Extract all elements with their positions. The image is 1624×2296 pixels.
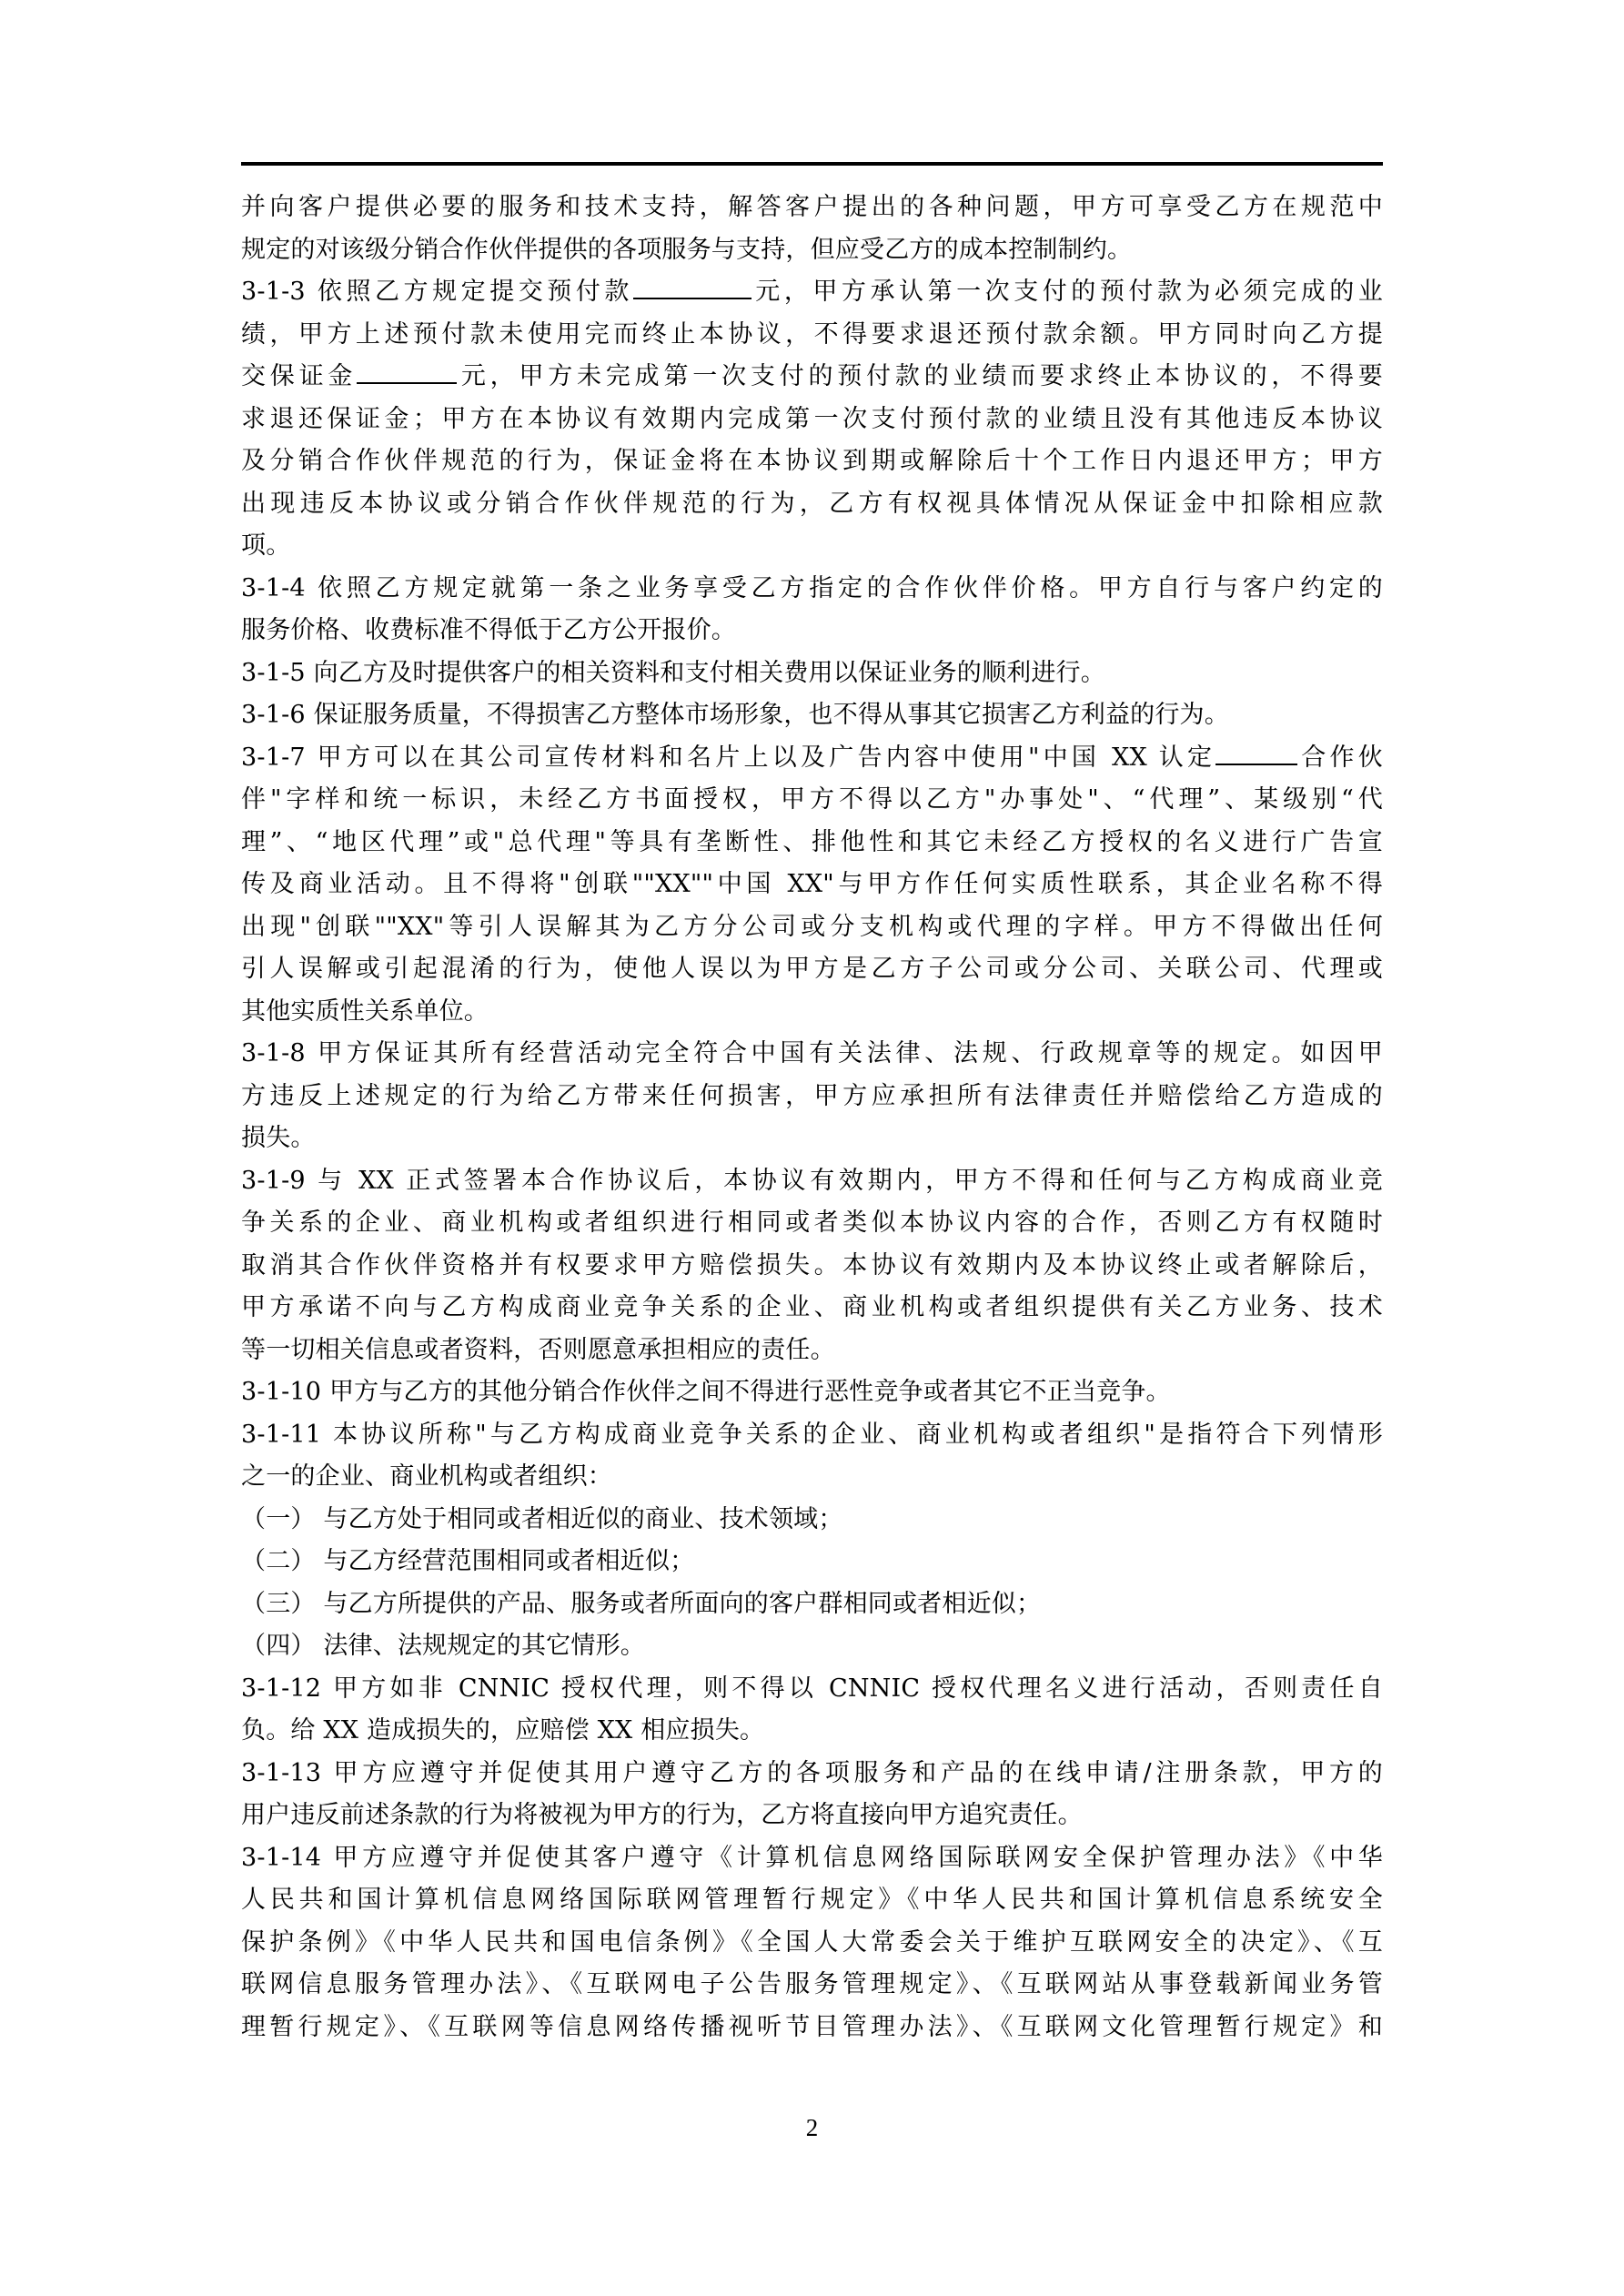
text-line: 3-1-3 依照乙方规定提交预付款元，甲方承认第一次支付的预付款为必须完成的业 (241, 271, 1383, 314)
line-text: （二） 与乙方经营范围相同或者相近似； (241, 1547, 694, 1575)
text-line: 3-1-6 保证服务质量，不得损害乙方整体市场形象，也不得从事其它损害乙方利益的… (241, 694, 1383, 737)
text-line: 伴"字样和统一标识，未经乙方书面授权，甲方不得以乙方"办事处"、“代理”、某级别… (241, 779, 1383, 822)
line-text: 3-1-10 甲方与乙方的其他分销合作伙伴之间不得进行恶性竞争或者其它不正当竞争… (241, 1378, 1171, 1406)
text-line: （一） 与乙方处于相同或者相近似的商业、技术领域； (241, 1499, 1383, 1542)
line-text: 项。 (241, 531, 290, 560)
line-text: 服务价格、收费标准不得低于乙方公开报价。 (241, 616, 736, 644)
fill-in-blank (633, 272, 751, 299)
line-text: 3-1-11 本协议所称"与乙方构成商业竞争关系的企业、商业机构或者组织"是指符… (241, 1421, 1383, 1449)
text-line: 服务价格、收费标准不得低于乙方公开报价。 (241, 610, 1383, 652)
text-line: 其他实质性关系单位。 (241, 991, 1383, 1034)
line-text: 及分销合作伙伴规范的行为，保证金将在本协议到期或解除后十个工作日内退还甲方；甲方 (241, 447, 1383, 475)
line-text: 损失。 (241, 1124, 316, 1152)
text-line: 理暂行规定》、《互联网等信息网络传播视听节目管理办法》、《互联网文化管理暂行规定… (241, 2007, 1383, 2049)
fill-in-blank (357, 357, 457, 384)
line-text-before-blank: 3-1-3 依照乙方规定提交预付款 (241, 278, 633, 306)
line-text: 出现"创联""XX"等引人误解其为乙方分公司或分支机构或代理的字样。甲方不得做出… (241, 913, 1383, 941)
text-line: 理”、“地区代理”或"总代理"等具有垄断性、排他性和其它未经乙方授权的名义进行广… (241, 822, 1383, 865)
line-text: 用户违反前述条款的行为将被视为甲方的行为，乙方将直接向甲方追究责任。 (241, 1801, 1083, 1829)
line-text: 出现违反本协议或分销合作伙伴规范的行为，乙方有权视具体情况从保证金中扣除相应款 (241, 490, 1383, 518)
text-line: 3-1-11 本协议所称"与乙方构成商业竞争关系的企业、商业机构或者组织"是指符… (241, 1414, 1383, 1457)
line-text-after-blank: 元，甲方未完成第一次支付的预付款的业绩而要求终止本协议的，不得要 (457, 362, 1383, 390)
text-line: 取消其合作伙伴资格并有权要求甲方赔偿损失。本协议有效期内及本协议终止或者解除后， (241, 1245, 1383, 1288)
text-line: 3-1-8 甲方保证其所有经营活动完全符合中国有关法律、法规、行政规章等的规定。… (241, 1033, 1383, 1076)
text-line: 项。 (241, 525, 1383, 568)
line-text: 理暂行规定》、《互联网等信息网络传播视听节目管理办法》、《互联网文化管理暂行规定… (241, 2013, 1383, 2041)
line-text: 3-1-6 保证服务质量，不得损害乙方整体市场形象，也不得从事其它损害乙方利益的… (241, 701, 1229, 729)
text-line: 3-1-10 甲方与乙方的其他分销合作伙伴之间不得进行恶性竞争或者其它不正当竞争… (241, 1371, 1383, 1414)
line-text-after-blank: 合作伙 (1297, 743, 1383, 772)
text-line: 3-1-4 依照乙方规定就第一条之业务享受乙方指定的合作伙伴价格。甲方自行与客户… (241, 568, 1383, 611)
line-text: 3-1-8 甲方保证其所有经营活动完全符合中国有关法律、法规、行政规章等的规定。… (241, 1039, 1383, 1067)
text-line: 3-1-14 甲方应遵守并促使其客户遵守《计算机信息网络国际联网安全保护管理办法… (241, 1837, 1383, 1880)
line-text: 3-1-4 依照乙方规定就第一条之业务享受乙方指定的合作伙伴价格。甲方自行与客户… (241, 574, 1383, 602)
line-text: 3-1-13 甲方应遵守并促使其用户遵守乙方的各项服务和产品的在线申请/注册条款… (241, 1759, 1383, 1787)
line-text: 负。给 XX 造成损失的，应赔偿 XX 相应损失。 (241, 1716, 764, 1745)
line-text: 伴"字样和统一标识，未经乙方书面授权，甲方不得以乙方"办事处"、“代理”、某级别… (241, 785, 1383, 814)
header-rule (241, 162, 1383, 166)
line-text: 等一切相关信息或者资料，否则愿意承担相应的责任。 (241, 1336, 835, 1364)
line-text-before-blank: 3-1-7 甲方可以在其公司宣传材料和名片上以及广告内容中使用"中国 XX 认定 (241, 743, 1215, 772)
text-line: （二） 与乙方经营范围相同或者相近似； (241, 1541, 1383, 1583)
line-text: 保护条例》《中华人民共和国电信条例》《全国人大常委会关于维护互联网安全的决定》、… (241, 1928, 1383, 1957)
line-text: 其他实质性关系单位。 (241, 997, 489, 1026)
line-text: 3-1-14 甲方应遵守并促使其客户遵守《计算机信息网络国际联网安全保护管理办法… (241, 1844, 1383, 1872)
line-text: 甲方承诺不向与乙方构成商业竞争关系的企业、商业机构或者组织提供有关乙方业务、技术 (241, 1293, 1383, 1321)
text-line: 3-1-5 向乙方及时提供客户的相关资料和支付相关费用以保证业务的顺利进行。 (241, 652, 1383, 695)
text-line: 3-1-9 与 XX 正式签署本合作协议后，本协议有效期内，甲方不得和任何与乙方… (241, 1160, 1383, 1203)
text-line: 负。给 XX 造成损失的，应赔偿 XX 相应损失。 (241, 1710, 1383, 1753)
line-text-before-blank: 交保证金 (241, 362, 357, 390)
text-line: 求退还保证金；甲方在本协议有效期内完成第一次支付预付款的业绩且没有其他违反本协议 (241, 399, 1383, 441)
line-text: 取消其合作伙伴资格并有权要求甲方赔偿损失。本协议有效期内及本协议终止或者解除后， (241, 1251, 1383, 1279)
line-text: 3-1-5 向乙方及时提供客户的相关资料和支付相关费用以保证业务的顺利进行。 (241, 659, 1105, 687)
text-line: 绩，甲方上述预付款未使用完而终止本协议，不得要求退还预付款余额。甲方同时向乙方提 (241, 314, 1383, 357)
line-text: 求退还保证金；甲方在本协议有效期内完成第一次支付预付款的业绩且没有其他违反本协议 (241, 405, 1383, 433)
document-body: 并向客户提供必要的服务和技术支持，解答客户提出的各种问题，甲方可享受乙方在规范中… (241, 187, 1383, 2048)
line-text: 并向客户提供必要的服务和技术支持，解答客户提出的各种问题，甲方可享受乙方在规范中 (241, 193, 1383, 221)
text-line: 方违反上述规定的行为给乙方带来任何损害，甲方应承担所有法律责任并赔偿给乙方造成的 (241, 1076, 1383, 1118)
page-number: 2 (0, 2114, 1624, 2142)
text-line: 传及商业活动。且不得将"创联""XX""中国 XX"与甲方作任何实质性联系，其企… (241, 864, 1383, 906)
fill-in-blank (1215, 738, 1297, 765)
text-line: 3-1-13 甲方应遵守并促使其用户遵守乙方的各项服务和产品的在线申请/注册条款… (241, 1753, 1383, 1795)
text-line: 及分销合作伙伴规范的行为，保证金将在本协议到期或解除后十个工作日内退还甲方；甲方 (241, 440, 1383, 483)
line-text: 绩，甲方上述预付款未使用完而终止本协议，不得要求退还预付款余额。甲方同时向乙方提 (241, 320, 1383, 349)
text-line: 并向客户提供必要的服务和技术支持，解答客户提出的各种问题，甲方可享受乙方在规范中 (241, 187, 1383, 229)
line-text-after-blank: 元，甲方承认第一次支付的预付款为必须完成的业 (751, 278, 1383, 306)
line-text: 理”、“地区代理”或"总代理"等具有垄断性、排他性和其它未经乙方授权的名义进行广… (241, 828, 1383, 856)
text-line: 损失。 (241, 1118, 1383, 1160)
text-line: 之一的企业、商业机构或者组织： (241, 1456, 1383, 1499)
text-line: 规定的对该级分销合作伙伴提供的各项服务与支持，但应受乙方的成本控制制约。 (241, 229, 1383, 272)
text-line: 人民共和国计算机信息网络国际联网管理暂行规定》《中华人民共和国计算机信息系统安全 (241, 1879, 1383, 1922)
text-line: 甲方承诺不向与乙方构成商业竞争关系的企业、商业机构或者组织提供有关乙方业务、技术 (241, 1287, 1383, 1330)
text-line: 用户违反前述条款的行为将被视为甲方的行为，乙方将直接向甲方追究责任。 (241, 1795, 1383, 1837)
line-text: 人民共和国计算机信息网络国际联网管理暂行规定》《中华人民共和国计算机信息系统安全 (241, 1886, 1383, 1914)
text-line: 等一切相关信息或者资料，否则愿意承担相应的责任。 (241, 1330, 1383, 1372)
line-text: 规定的对该级分销合作伙伴提供的各项服务与支持，但应受乙方的成本控制制约。 (241, 236, 1132, 264)
line-text: （一） 与乙方处于相同或者相近似的商业、技术领域； (241, 1505, 843, 1533)
line-text: 方违反上述规定的行为给乙方带来任何损害，甲方应承担所有法律责任并赔偿给乙方造成的 (241, 1082, 1383, 1110)
text-line: （四） 法律、法规规定的其它情形。 (241, 1625, 1383, 1668)
line-text: （四） 法律、法规规定的其它情形。 (241, 1632, 645, 1660)
line-text: 联网信息服务管理办法》、《互联网电子公告服务管理规定》、《互联网站从事登载新闻业… (241, 1970, 1383, 1998)
line-text: 传及商业活动。且不得将"创联""XX""中国 XX"与甲方作任何实质性联系，其企… (241, 870, 1383, 898)
text-line: 保护条例》《中华人民共和国电信条例》《全国人大常委会关于维护互联网安全的决定》、… (241, 1922, 1383, 1965)
text-line: 引人误解或引起混淆的行为，使他人误以为甲方是乙方子公司或分公司、关联公司、代理或 (241, 948, 1383, 991)
line-text: 争关系的企业、商业机构或者组织进行相同或者类似本协议内容的合作，否则乙方有权随时 (241, 1209, 1383, 1237)
text-line: 争关系的企业、商业机构或者组织进行相同或者类似本协议内容的合作，否则乙方有权随时 (241, 1202, 1383, 1245)
text-line: 出现违反本协议或分销合作伙伴规范的行为，乙方有权视具体情况从保证金中扣除相应款 (241, 483, 1383, 526)
text-line: 3-1-12 甲方如非 CNNIC 授权代理，则不得以 CNNIC 授权代理名义… (241, 1668, 1383, 1711)
text-line: 3-1-7 甲方可以在其公司宣传材料和名片上以及广告内容中使用"中国 XX 认定… (241, 737, 1383, 780)
line-text: 3-1-12 甲方如非 CNNIC 授权代理，则不得以 CNNIC 授权代理名义… (241, 1674, 1383, 1703)
text-line: 交保证金元，甲方未完成第一次支付的预付款的业绩而要求终止本协议的，不得要 (241, 356, 1383, 399)
text-line: 出现"创联""XX"等引人误解其为乙方分公司或分支机构或代理的字样。甲方不得做出… (241, 906, 1383, 949)
text-line: 联网信息服务管理办法》、《互联网电子公告服务管理规定》、《互联网站从事登载新闻业… (241, 1964, 1383, 2007)
line-text: 3-1-9 与 XX 正式签署本合作协议后，本协议有效期内，甲方不得和任何与乙方… (241, 1167, 1383, 1195)
line-text: （三） 与乙方所提供的产品、服务或者所面向的客户群相同或者相近似； (241, 1590, 1041, 1618)
line-text: 引人误解或引起混淆的行为，使他人误以为甲方是乙方子公司或分公司、关联公司、代理或 (241, 955, 1383, 983)
line-text: 之一的企业、商业机构或者组织： (241, 1462, 612, 1491)
text-line: （三） 与乙方所提供的产品、服务或者所面向的客户群相同或者相近似； (241, 1583, 1383, 1626)
